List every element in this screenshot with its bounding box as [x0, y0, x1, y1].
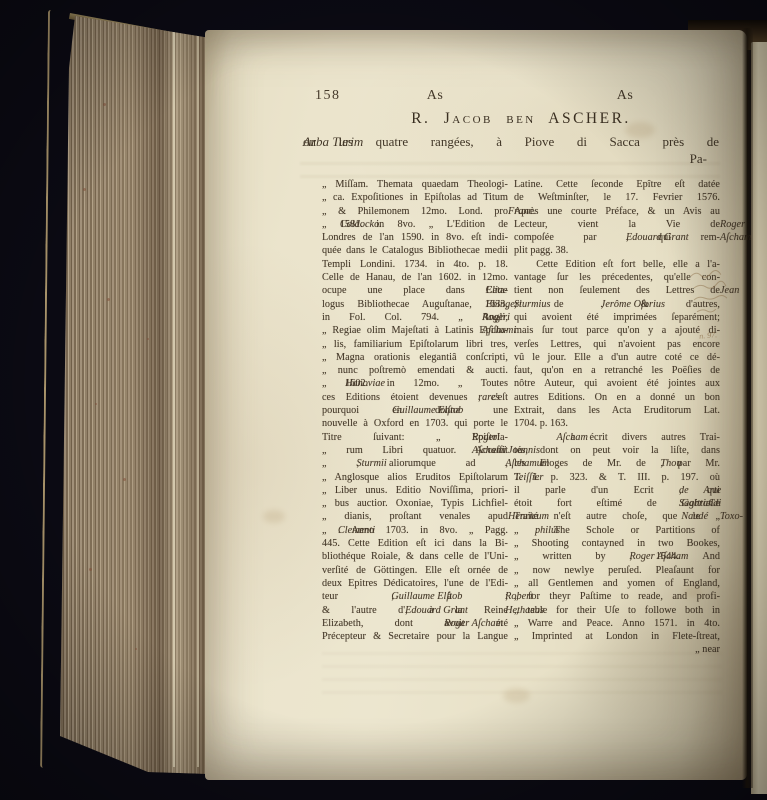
- text-line: Précepteur & Secretaire pour la Langue: [322, 630, 508, 643]
- text-line: „ all Gentlemen and yomen of England,: [514, 577, 720, 590]
- text-line: logus Bibliothecae Auguſtanae, 1633,: [322, 298, 508, 311]
- text-line: nôtre Auteur, qui avoient été jointes au…: [514, 377, 720, 390]
- text-line: verſes Lettres, qui n'avoient pas encore: [514, 338, 720, 351]
- entry-subtitle-line1: Arba Turim ou les quatre rangées, à Piov…: [303, 134, 719, 150]
- text-line: „ for theyr Paſtime to reade, and profi-: [514, 590, 720, 603]
- text-line: „ Hanoviae 1602. in 12mo. „ Toutes: [322, 377, 508, 390]
- text-line: „ Clementi. Anno 1703. in 8vo. „ Pagg.: [322, 524, 508, 537]
- text-line: „ Warre and Peace. Anno 1571. in 4to.: [514, 617, 720, 630]
- text-line: „ Regiae olim Majeſtati à Latinis Epiſto…: [322, 324, 508, 337]
- marginalia-scribble: [687, 266, 746, 330]
- text-line: „ Anglosque alios Eruditos Epiſtolarum: [322, 471, 508, 484]
- text-line: quée dans le Catalogus Bibliothecae medi…: [322, 244, 508, 257]
- text-line: il parle d'un Ecrit de Arte Sagittandi, …: [514, 484, 720, 497]
- text-line: tés, dont on peut voir la liſte, dans: [514, 444, 720, 457]
- running-head-right: As: [603, 88, 647, 104]
- text-line: Templi Londini. 1734. in 4to. p. 18.: [322, 258, 508, 271]
- text-line: plit pagg. 38.: [514, 244, 720, 257]
- text-line: „ Miſſam. Themata quaedam Theologi-: [322, 178, 508, 191]
- text-line: Teiſſier T. I. p. 323. & T. III. p. 197.…: [514, 471, 720, 484]
- text-line: Titre ſuivant: „ Rogeri Aſchami Epiſtola…: [322, 431, 508, 444]
- text-line: Aſcham a écrit divers autres Trai-: [514, 431, 720, 444]
- text-line: 1704. p. 163.: [514, 417, 720, 430]
- text-line: vû le jour. Elle a d'un autre coté ce dé…: [514, 351, 720, 364]
- speckle: [95, 403, 97, 405]
- text-line: „ Coldocko. 1581. in 8vo. „ L'Edition de: [322, 218, 508, 231]
- text-line: Lecteur, vient la Vie de Roger Aſcham: [514, 218, 720, 231]
- speckle: [89, 568, 92, 571]
- text-line: deux Epitres Dédicatoires, l'une de l'Ed…: [322, 577, 508, 590]
- text-line: & l'autre d'Edouard Grant, à la Reine: [322, 604, 508, 617]
- text-line: ocupe une place dans Eliae Ebingeri Cata…: [322, 284, 508, 297]
- speckle: [147, 338, 149, 340]
- next-page-edge: [751, 42, 767, 794]
- text-line: verſité de Göttingen. Elle eſt ornée de: [322, 564, 508, 577]
- text-column-left: „ Miſſam. Themata quaedam Theologi-„ ca.…: [322, 178, 508, 643]
- text-line: „ Shooting contayned in two Bookes,: [514, 537, 720, 550]
- entry-title: R. Jacob ben ASCHER.: [295, 110, 747, 128]
- text-line: „ now newlye peruſed. Pleaſaunt for: [514, 564, 720, 577]
- text-line: „ Imprinted at London in Flete-ſtreat,: [514, 630, 720, 643]
- text-line: „ ca. Expoſitiones in Epiſtolas ad Titum: [322, 191, 508, 204]
- text-line: „ dianis, proſtant venales apud Henricum: [322, 510, 508, 523]
- text-line: autres Editions. On en a donné un bon: [514, 391, 720, 404]
- text-line: nouvelle à Oxford en 1703. qui porte le: [322, 417, 508, 430]
- speckle: [103, 103, 106, 106]
- text-line: „ Liber unus. Editio Noviſſima, priori-: [322, 484, 508, 497]
- text-line: in Fol. Col. 794. „ Rogeri Aſchami Angli…: [322, 311, 508, 324]
- text-line: bliothéque Roiale, & dans celle de l'Uni…: [322, 550, 508, 563]
- book-gutter-shadow: [742, 28, 753, 788]
- text-line: Londres de l'an 1590. in 8vo. eſt indi-: [322, 231, 508, 244]
- text-line: compoſée par Edouard Grant, qui rem-: [514, 231, 720, 244]
- page-edge-streak: [173, 31, 175, 766]
- text-line: étoit fort eſtimé de Gabriel Naudé. Ce: [514, 497, 720, 510]
- text-line: Extrait, dans les Acta Eruditorum Lat.: [514, 404, 720, 417]
- text-line: „ written by Roger Aſcham, 1544. And: [514, 550, 720, 563]
- text-line: „ nunc poſtremò emendati & aucti.: [322, 364, 508, 377]
- text-line: pourquoi Guillaume Elſtob en donna une: [322, 404, 508, 417]
- text-line: „ Sturmii, aliorumque ad Aſchamum,: [322, 457, 508, 470]
- speckle: [107, 298, 110, 301]
- text-line: „ table for their Uſe to followe both in: [514, 604, 720, 617]
- marginalia-note: n. 97.: [699, 330, 718, 341]
- speckle: [135, 648, 137, 650]
- text-line: Elizabeth, dont Roger Aſcham avoit été: [322, 617, 508, 630]
- speckle: [123, 478, 126, 481]
- text-line: „ philus. The Schole or Partitions of: [514, 524, 720, 537]
- text-line: qui avoient été imprimées ſeparément;: [514, 311, 720, 324]
- handwritten-marginalia: n. 97.: [687, 266, 748, 356]
- text-line: „ bus auctior. Oxoniae, Typis Lichfiel-: [322, 497, 508, 510]
- text-line: teur Guillaume Elſtob, à Robert Hethaeus…: [322, 590, 508, 603]
- text-line: „ lis, familiarium Epiſtolarum libri tre…: [322, 338, 508, 351]
- text-line: faut, qu'on en a retranché les Poëſies d…: [514, 364, 720, 377]
- book-photo: 158 As As R. Jacob ben ASCHER. Arba Turi…: [0, 0, 767, 800]
- text-line: Cette Edition eſt fort belle, elle a l'a…: [514, 258, 720, 271]
- running-head-left: As: [413, 88, 457, 104]
- text-line: mais ſur tout parce qu'on y a ajouté di-: [514, 324, 720, 337]
- text-line: Latine. Cette ſeconde Epître eſt datée: [514, 178, 720, 191]
- text-line: „ near: [514, 643, 720, 656]
- book-fore-edge: [45, 8, 210, 782]
- entry-subtitle-line2: Pa-: [303, 151, 707, 167]
- page-edge-streak: [197, 31, 199, 766]
- text-line: les Eloges de Mr. de Thou, par Mr.: [514, 457, 720, 470]
- foxing-spot: [263, 510, 285, 523]
- page-number: 158: [315, 88, 341, 104]
- text-line: ces Editions étoient devenues rares, c'e…: [322, 391, 508, 404]
- text-line: de Weſtminſter, le 17. Fevrier 1576.: [514, 191, 720, 204]
- speckle: [83, 188, 86, 191]
- text-line: Après une courte Préface, & un Avis au: [514, 205, 720, 218]
- foxing-spot: [503, 688, 530, 703]
- text-line: „ & Philemonem 12mo. Lond. pro Franc.: [322, 205, 508, 218]
- text-line: „ Magna orationis elegantiâ conſcripti,: [322, 351, 508, 364]
- book-page: 158 As As R. Jacob ben ASCHER. Arba Turi…: [205, 30, 747, 780]
- text-line: Celle de Hanau, de l'an 1602. in 12mo.: [322, 271, 508, 284]
- text-line: 445. Cette Edition eſt ici dans la Bi-: [322, 537, 508, 550]
- text-column-right: Latine. Cette ſeconde Epître eſt datéede…: [514, 178, 720, 657]
